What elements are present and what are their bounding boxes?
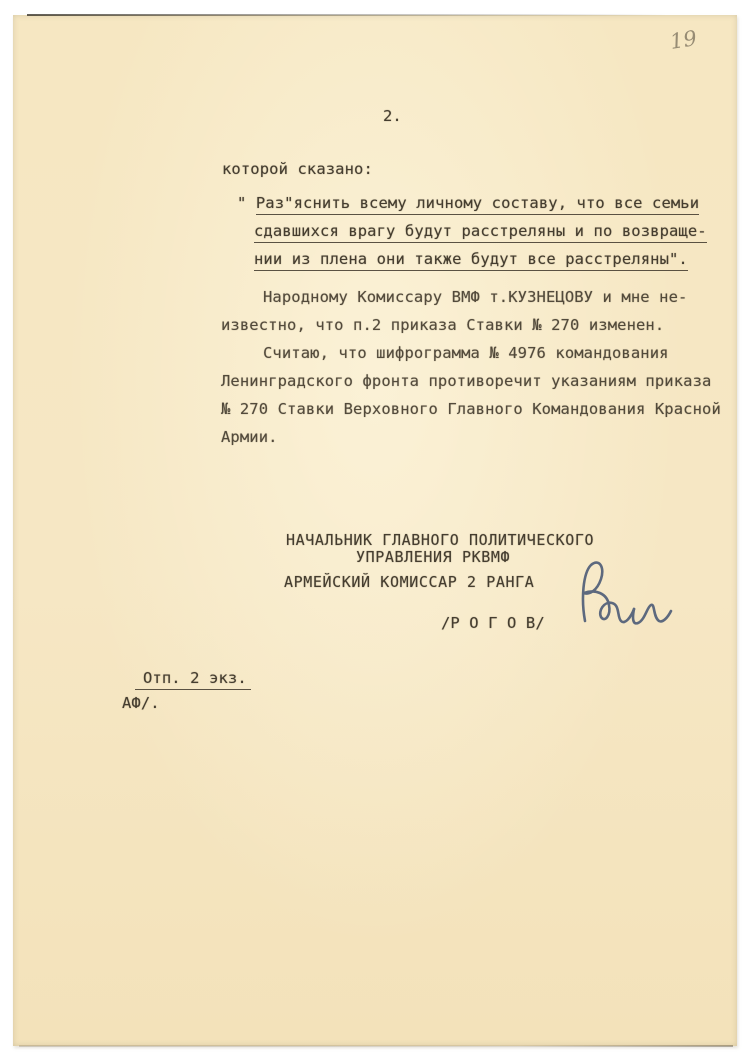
copies-note: Отп. 2 экз. [135,668,251,688]
paragraph-2-line: № 270 Ставки Верховного Главного Командо… [221,399,721,419]
typist-initials: АФ/. [122,693,160,713]
signature-title-line: УПРАВЛЕНИЯ РКВМФ [356,547,510,567]
paragraph-2-line: Армии. [221,427,278,447]
copies-note-text: Отп. 2 экз. [135,669,251,690]
quote-line: сдавшихся врагу будут расстреляны и по в… [254,221,707,241]
quote-line: " Раз"яснить всему личному составу, что … [237,193,699,213]
paragraph-2-line: Считаю, что шифрограмма № 4976 командова… [263,343,669,363]
intro-line: которой сказано: [222,159,373,179]
handwritten-signature [571,555,681,655]
signature-title-line: АРМЕЙСКИЙ КОМИССАР 2 РАНГА [284,572,534,592]
scanned-document-screenshot: { "colors": { "paper": "#f6e7c3", "ink":… [0,0,750,1063]
quote-line-text: нии из плена они также будут все расстре… [254,250,688,271]
quote-line: нии из плена они также будут все расстре… [254,249,688,269]
document-paper-sheet: 19 2. которой сказано: " Раз"яснить всем… [13,15,737,1046]
paragraph-2-line: Ленинградского фронта противоречит указа… [221,371,711,391]
paragraph-1-line: известно, что п.2 приказа Ставки № 270 и… [221,315,664,335]
typed-page-number: 2. [383,106,402,126]
paragraph-1-line: Народному Комиссару ВМФ т.КУЗНЕЦОВУ и мн… [263,287,687,307]
quote-line-text: Раз"яснить всему личному составу, что вс… [256,194,699,215]
signature-typed-name: /Р О Г О В/ [441,613,545,633]
handwritten-page-number: 19 [668,26,698,54]
quote-open-mark: " [237,194,256,212]
quote-line-text: сдавшихся врагу будут расстреляны и по в… [254,222,707,243]
